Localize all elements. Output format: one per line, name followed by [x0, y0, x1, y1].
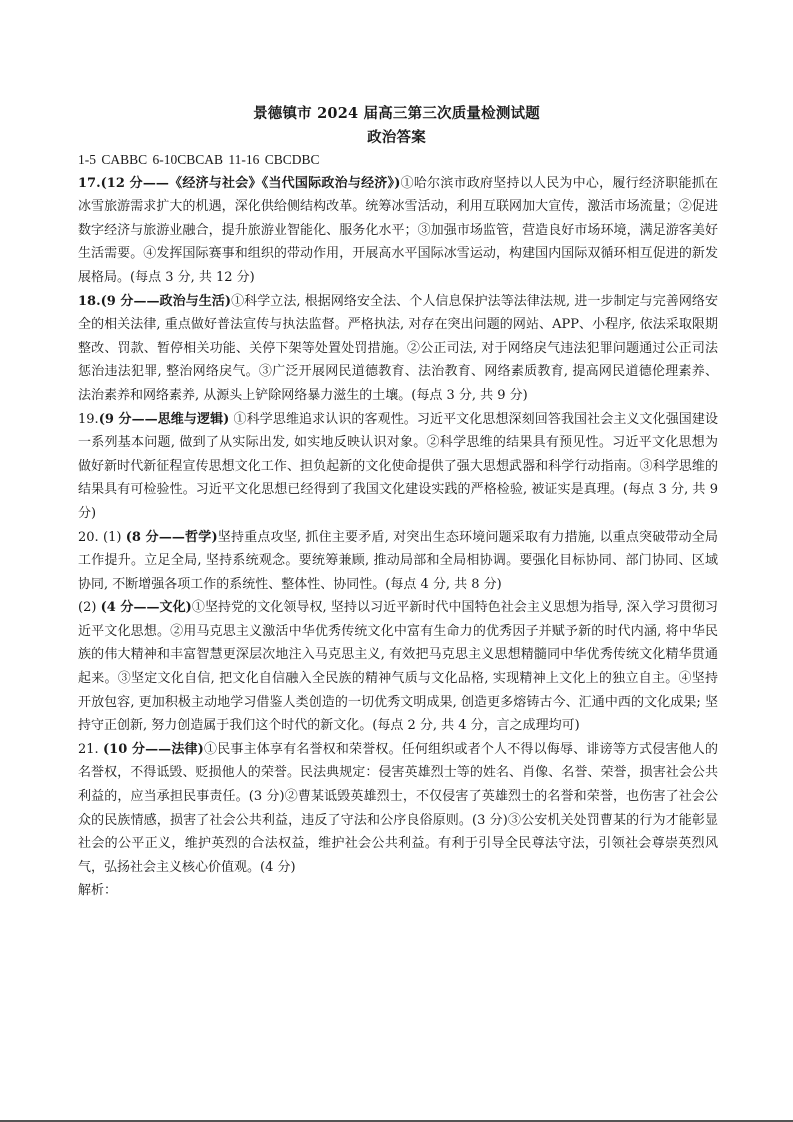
question-20-2-header: (4 分——文化)	[101, 600, 192, 615]
question-17: 17.(12 分——《经济与社会》《当代国际政治与经济》)①哈尔滨市政府坚持以人…	[78, 172, 718, 290]
question-21-body: ①民事主体享有名誉权和荣誉权。任何组织或者个人不得以侮辱、诽谤等方式侵害他人的名…	[78, 742, 718, 875]
question-19: 19.(9 分——思维与逻辑) ①科学思维追求认识的客观性。习近平文化思想深刻回…	[78, 408, 718, 526]
question-20-1-number: 20. (1)	[78, 530, 126, 545]
question-18: 18.(9 分——政治与生活)①科学立法, 根据网络安全法、个人信息保护法等法律…	[78, 290, 718, 408]
question-18-number: 18.	[78, 294, 101, 309]
question-21-number: 21.	[78, 742, 103, 757]
question-19-header: (9 分——思维与逻辑)	[99, 412, 230, 427]
answer-sheet-page: 景德镇市 2024 届高三第三次质量检测试题 政治答案 1-5 CABBC 6-…	[0, 0, 793, 1122]
document-subtitle: 政治答案	[0, 126, 793, 147]
choice-answers: 1-5 CABBC 6-10CBCAB 11-16 CBCDBC	[78, 148, 718, 172]
question-19-number: 19.	[78, 412, 99, 427]
question-18-body: ①科学立法, 根据网络安全法、个人信息保护法等法律法规, 进一步制定与完善网络安…	[78, 294, 718, 403]
question-20-2: (2) (4 分——文化)①坚持党的文化领导权, 坚持以习近平新时代中国特色社会…	[78, 596, 718, 738]
question-20-2-number: (2)	[78, 600, 101, 615]
question-17-body: ①哈尔滨市政府坚持以人民为中心，履行经济职能抓在冰雪旅游需求扩大的机遇，深化供给…	[78, 176, 718, 285]
question-19-body: ①科学思维追求认识的客观性。习近平文化思想深刻回答我国社会主义文化强国建设一系列…	[78, 412, 718, 521]
question-21-header: (10 分——法律)	[103, 742, 204, 757]
question-17-header: (12 分——《经济与社会》《当代国际政治与经济》)	[101, 176, 401, 191]
question-21: 21. (10 分——法律)①民事主体享有名誉权和荣誉权。任何组织或者个人不得以…	[78, 738, 718, 880]
analysis-label: 解析：	[78, 879, 718, 903]
answer-content: 1-5 CABBC 6-10CBCAB 11-16 CBCDBC 17.(12 …	[78, 148, 718, 903]
question-17-number: 17.	[78, 176, 101, 191]
question-20-1-header: (8 分——哲学)	[126, 530, 218, 545]
question-20-2-body: ①坚持党的文化领导权, 坚持以习近平新时代中国特色社会主义思想为指导, 深入学习…	[78, 600, 718, 733]
question-18-header: (9 分——政治与生活)	[101, 294, 231, 309]
question-20-1: 20. (1) (8 分——哲学)坚持重点攻坚, 抓住主要矛盾, 对突出生态环境…	[78, 526, 718, 597]
document-title: 景德镇市 2024 届高三第三次质量检测试题	[0, 102, 793, 123]
